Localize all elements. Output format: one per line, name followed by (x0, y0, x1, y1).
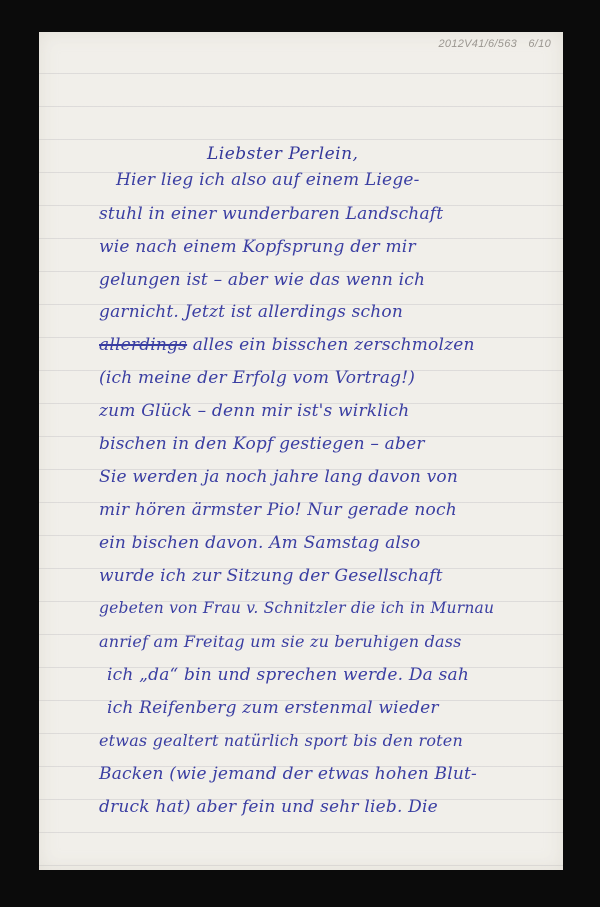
letter-line: gelungen ist – aber wie das wenn ich (99, 270, 425, 290)
letter-line: etwas gealtert natürlich sport bis den r… (99, 731, 463, 750)
struck-word: allerdings (99, 335, 187, 355)
letter-line: garnicht. Jetzt ist allerdings schon (99, 302, 403, 322)
letter-page: 2012V41/6/563 6/10 Liebster Perlein, Hie… (39, 32, 563, 870)
letter-line: Sie werden ja noch jahre lang davon von (99, 467, 458, 487)
letter-line: druck hat) aber fein und sehr lieb. Die (99, 797, 438, 817)
archive-reference: 2012V41/6/563 6/10 (439, 38, 552, 50)
line-rest: alles ein bisschen zerschmolzen (193, 335, 475, 355)
letter-line: wurde ich zur Sitzung der Gesellschaft (99, 566, 443, 586)
letter-line: wie nach einem Kopfsprung der mir (99, 237, 416, 257)
letter-line: ein bischen davon. Am Samstag also (99, 533, 420, 553)
letter-line: ich „da“ bin und sprechen werde. Da sah (107, 665, 469, 685)
letter-line: bischen in den Kopf gestiegen – aber (99, 434, 425, 454)
letter-line: mir hören ärmster Pio! Nur gerade noch (99, 500, 457, 520)
letter-line: gebeten von Frau v. Schnitzler die ich i… (99, 599, 494, 617)
letter-greeting: Liebster Perlein, (207, 144, 358, 164)
letter-line: (ich meine der Erfolg vom Vortrag!) (99, 368, 415, 388)
folio-number: 6/10 (528, 38, 551, 50)
letter-line: zum Glück – denn mir ist's wirklich (99, 401, 409, 421)
letter-line-with-strikethrough: allerdings alles ein bisschen zerschmolz… (99, 335, 475, 355)
letter-line: anrief am Freitag um sie zu beruhigen da… (99, 632, 462, 651)
letter-line: ich Reifenberg zum erstenmal wieder (107, 698, 439, 718)
archive-number: 2012V41/6/563 (439, 38, 518, 50)
letter-line: Backen (wie jemand der etwas hohen Blut- (99, 764, 477, 784)
letter-line: Hier lieg ich also auf einem Liege- (116, 170, 420, 190)
letter-line: stuhl in einer wunderbaren Landschaft (99, 204, 443, 224)
